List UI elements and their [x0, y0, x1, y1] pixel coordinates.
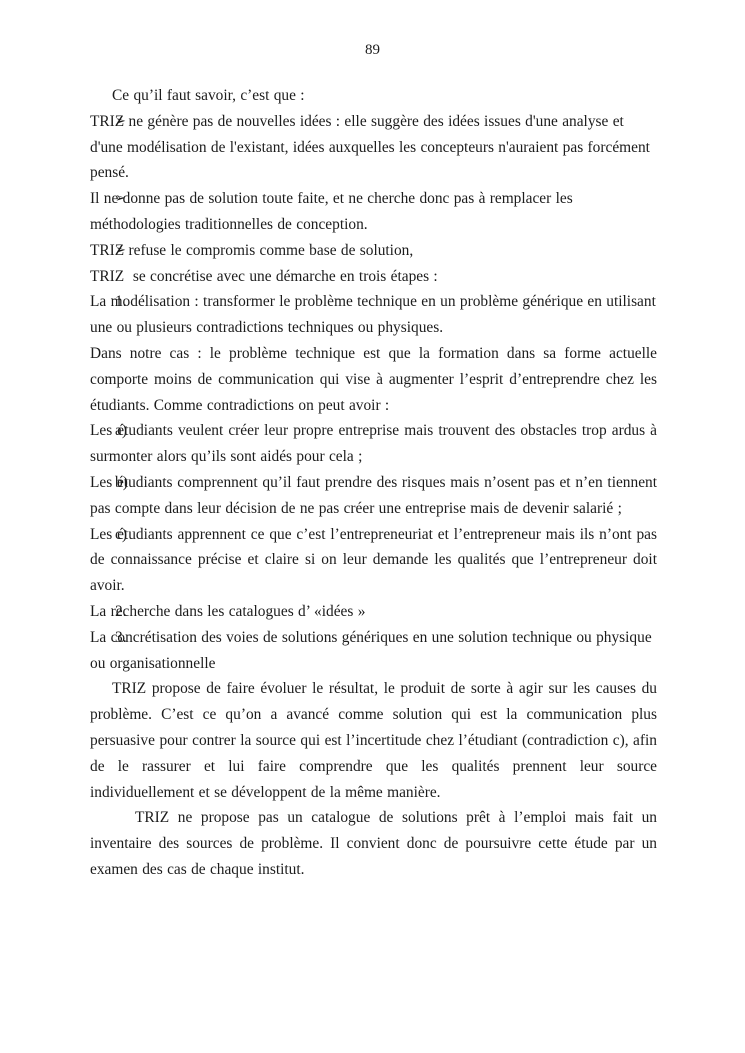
arrow-bullet-icon: ➢	[115, 186, 126, 212]
number-marker: 3.	[115, 625, 127, 651]
numbered-item-text: La concrétisation des voies de solutions…	[90, 629, 652, 672]
letter-marker: a)	[115, 418, 127, 444]
number-marker: 2.	[115, 599, 127, 625]
page-content: Ce qu’il faut savoir, c’est que : ➢ TRIZ…	[90, 83, 657, 883]
steps-intro-paragraph: TRIZ se concrétise avec une démarche en …	[90, 264, 657, 290]
bullet-text: TRIZ refuse le compromis comme base de s…	[90, 242, 413, 259]
lettered-item: a) Les étudiants veulent créer leur prop…	[90, 418, 657, 470]
bullet-text: TRIZ ne génère pas de nouvelles idées : …	[90, 113, 650, 182]
numbered-item: 1. La modélisation : transformer le prob…	[90, 289, 657, 341]
case-paragraph: Dans notre cas : le problème technique e…	[90, 341, 657, 418]
numbered-item: 2. La recherche dans les catalogues d’ «…	[90, 599, 657, 625]
lettered-item-text: Les étudiants apprennent ce que c’est l’…	[90, 526, 657, 595]
bullet-item: ➢ TRIZ ne génère pas de nouvelles idées …	[90, 109, 657, 186]
lettered-item: c) Les étudiants apprennent ce que c’est…	[90, 522, 657, 599]
bullet-item: ➢ TRIZ refuse le compromis comme base de…	[90, 238, 657, 264]
lettered-item: b) Les étudiants comprennent qu’il faut …	[90, 470, 657, 522]
numbered-item: 3. La concrétisation des voies de soluti…	[90, 625, 657, 677]
letter-marker: b)	[115, 470, 128, 496]
page-number: 89	[0, 41, 745, 59]
numbered-item-text: La recherche dans les catalogues d’ «idé…	[90, 603, 365, 620]
letter-marker: c)	[115, 522, 127, 548]
number-marker: 1.	[115, 289, 127, 315]
triz-propose-paragraph: TRIZ propose de faire évoluer le résulta…	[90, 676, 657, 805]
closing-paragraph: TRIZ ne propose pas un catalogue de solu…	[90, 805, 657, 882]
lettered-item-text: Les étudiants comprennent qu’il faut pre…	[90, 474, 657, 517]
lettered-item-text: Les étudiants veulent créer leur propre …	[90, 422, 657, 465]
numbered-item-text: La modélisation : transformer le problèm…	[90, 293, 656, 336]
bullet-text: Il ne donne pas de solution toute faite,…	[90, 190, 573, 233]
document-page: 89 Ce qu’il faut savoir, c’est que : ➢ T…	[0, 0, 745, 1053]
bullet-item: ➢ Il ne donne pas de solution toute fait…	[90, 186, 657, 238]
intro-paragraph: Ce qu’il faut savoir, c’est que :	[90, 83, 657, 109]
arrow-bullet-icon: ➢	[115, 109, 126, 135]
arrow-bullet-icon: ➢	[115, 238, 126, 264]
